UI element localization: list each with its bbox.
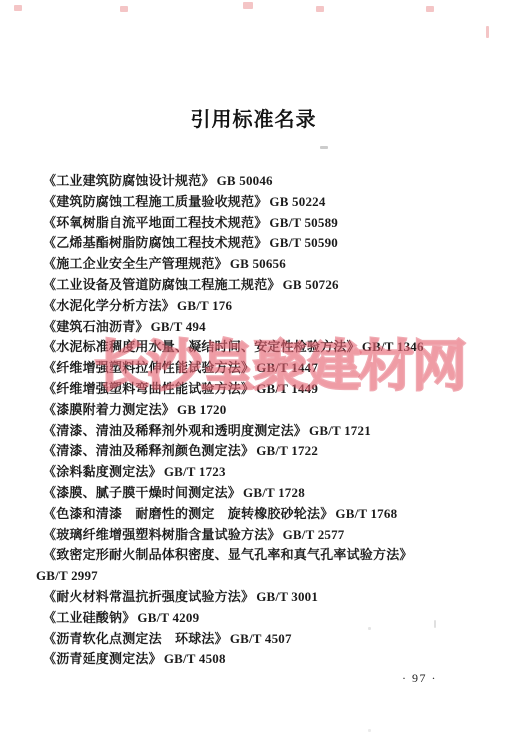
standard-name: 《工业建筑防腐蚀设计规范》 <box>43 173 215 188</box>
standard-code: GB/T 4508 <box>164 651 226 666</box>
standard-name: 《致密定形耐火制品体积密度、显气孔率和真气孔率试验方法》 <box>43 547 413 562</box>
scan-artifact <box>368 729 371 732</box>
list-item: 《工业硅酸钠》GB/T 4209 <box>36 608 467 629</box>
standard-code: GB 50046 <box>217 173 273 188</box>
list-item: 《玻璃纤维增强塑料树脂含量试验方法》GB/T 2577 <box>36 525 467 546</box>
list-item: 《水泥标准稠度用水量、凝结时间、安定性检验方法》GB/T 1346 <box>36 337 467 358</box>
standard-code: GB/T 1723 <box>164 464 226 479</box>
standard-code: GB/T 1728 <box>243 485 305 500</box>
standard-name: 《工业设备及管道防腐蚀工程施工规范》 <box>43 277 281 292</box>
standard-name: 《乙烯基酯树脂防腐蚀工程技术规范》 <box>43 235 267 250</box>
standard-name: 《涂料黏度测定法》 <box>43 464 162 479</box>
standard-name: 《色漆和清漆 耐磨性的测定 旋转橡胶砂轮法》 <box>43 506 333 521</box>
standard-code: GB/T 1722 <box>256 443 318 458</box>
list-item: 《沥青延度测定法》GB/T 4508 <box>36 649 467 670</box>
scan-artifact <box>320 146 328 149</box>
standard-name: 《沥青软化点测定法 环球法》 <box>43 631 228 646</box>
list-item: 《沥青软化点测定法 环球法》GB/T 4507 <box>36 629 467 650</box>
standard-name: 《漆膜附着力测定法》 <box>43 402 175 417</box>
standard-name: 《建筑防腐蚀工程施工质量验收规范》 <box>43 194 267 209</box>
standard-code: GB 50726 <box>283 277 339 292</box>
standard-name: 《耐火材料常温抗折强度试验方法》 <box>43 589 254 604</box>
scan-speck <box>243 2 253 9</box>
scan-speck <box>316 6 324 12</box>
list-item: 《建筑石油沥青》GB/T 494 <box>36 317 467 338</box>
list-item: 《乙烯基酯树脂防腐蚀工程技术规范》GB/T 50590 <box>36 233 467 254</box>
standard-code: GB/T 1449 <box>256 381 318 396</box>
list-item: 《建筑防腐蚀工程施工质量验收规范》GB 50224 <box>36 192 467 213</box>
standard-name: 《清漆、清油及稀释剂颜色测定法》 <box>43 443 254 458</box>
standard-name: 《建筑石油沥青》 <box>43 319 149 334</box>
list-item: 《漆膜附着力测定法》GB 1720 <box>36 400 467 421</box>
list-item: 《工业设备及管道防腐蚀工程施工规范》GB 50726 <box>36 275 467 296</box>
standard-name: 《工业硅酸钠》 <box>43 610 135 625</box>
standard-name: 《清漆、清油及稀释剂外观和透明度测定法》 <box>43 423 307 438</box>
list-item: 《色漆和清漆 耐磨性的测定 旋转橡胶砂轮法》GB/T 1768 <box>36 504 467 525</box>
standard-code: GB 50224 <box>269 194 325 209</box>
list-item: 《纤维增强塑料弯曲性能试验方法》GB/T 1449 <box>36 379 467 400</box>
list-item: 《水泥化学分析方法》GB/T 176 <box>36 296 467 317</box>
standard-name: 《环氧树脂自流平地面工程技术规范》 <box>43 215 267 230</box>
list-item: 《涂料黏度测定法》GB/T 1723 <box>36 462 467 483</box>
list-item: 《环氧树脂自流平地面工程技术规范》GB/T 50589 <box>36 213 467 234</box>
standard-code: GB/T 1346 <box>362 339 424 354</box>
standard-name: 《施工企业安全生产管理规范》 <box>43 256 228 271</box>
standard-name: 《纤维增强塑料弯曲性能试验方法》 <box>43 381 254 396</box>
page-number: · 97 · <box>0 671 507 686</box>
standard-code: GB/T 176 <box>177 298 232 313</box>
list-item: 《漆膜、腻子膜干燥时间测定法》GB/T 1728 <box>36 483 467 504</box>
standard-code: GB/T 494 <box>151 319 206 334</box>
list-item: 《清漆、清油及稀释剂颜色测定法》GB/T 1722 <box>36 441 467 462</box>
list-item: 《致密定形耐火制品体积密度、显气孔率和真气孔率试验方法》GB/T 2997 <box>36 545 467 587</box>
standard-name: 《水泥标准稠度用水量、凝结时间、安定性检验方法》 <box>43 339 360 354</box>
standard-name: 《水泥化学分析方法》 <box>43 298 175 313</box>
standard-code: GB/T 1768 <box>335 506 397 521</box>
scan-speck <box>426 6 434 12</box>
standards-list: 《工业建筑防腐蚀设计规范》GB 50046 《建筑防腐蚀工程施工质量验收规范》G… <box>0 171 507 670</box>
scan-speck <box>120 6 128 12</box>
list-item: 《耐火材料常温抗折强度试验方法》GB/T 3001 <box>36 587 467 608</box>
list-item: 《纤维增强塑料拉伸性能试验方法》GB/T 1447 <box>36 358 467 379</box>
standard-code: GB/T 4209 <box>137 610 199 625</box>
standard-code: GB 50656 <box>230 256 286 271</box>
scan-speck <box>14 5 22 11</box>
standard-name: 《漆膜、腻子膜干燥时间测定法》 <box>43 485 241 500</box>
standard-code: GB/T 4507 <box>230 631 292 646</box>
standard-code: GB/T 3001 <box>256 589 318 604</box>
standard-name: 《沥青延度测定法》 <box>43 651 162 666</box>
standard-name: 《玻璃纤维增强塑料树脂含量试验方法》 <box>43 527 281 542</box>
standard-code: GB/T 1721 <box>309 423 371 438</box>
standard-code: GB 1720 <box>177 402 226 417</box>
list-item: 《施工企业安全生产管理规范》GB 50656 <box>36 254 467 275</box>
standard-code: GB/T 2577 <box>283 527 345 542</box>
standard-code: GB/T 50590 <box>269 235 338 250</box>
standard-code: GB/T 50589 <box>269 215 338 230</box>
list-item: 《工业建筑防腐蚀设计规范》GB 50046 <box>36 171 467 192</box>
list-item: 《清漆、清油及稀释剂外观和透明度测定法》GB/T 1721 <box>36 421 467 442</box>
scan-artifact <box>368 627 371 630</box>
standard-code: GB/T 2997 <box>36 566 467 587</box>
scan-artifact <box>434 620 436 628</box>
document-page: 引用标准名录 长沙皇聚建材网 《工业建筑防腐蚀设计规范》GB 50046 《建筑… <box>0 0 507 736</box>
standard-name: 《纤维增强塑料拉伸性能试验方法》 <box>43 360 254 375</box>
scan-speck <box>486 26 489 38</box>
standard-code: GB/T 1447 <box>256 360 318 375</box>
page-title: 引用标准名录 <box>0 0 507 132</box>
